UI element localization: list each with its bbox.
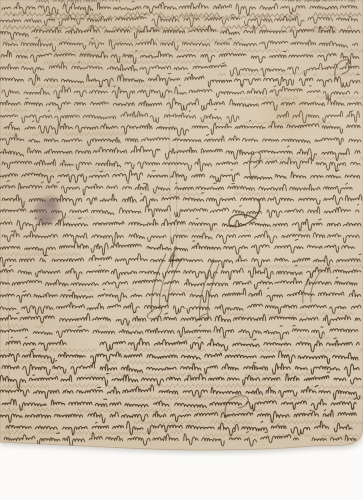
letter-scan: [0, 0, 363, 500]
manuscript-svg: [0, 0, 363, 500]
